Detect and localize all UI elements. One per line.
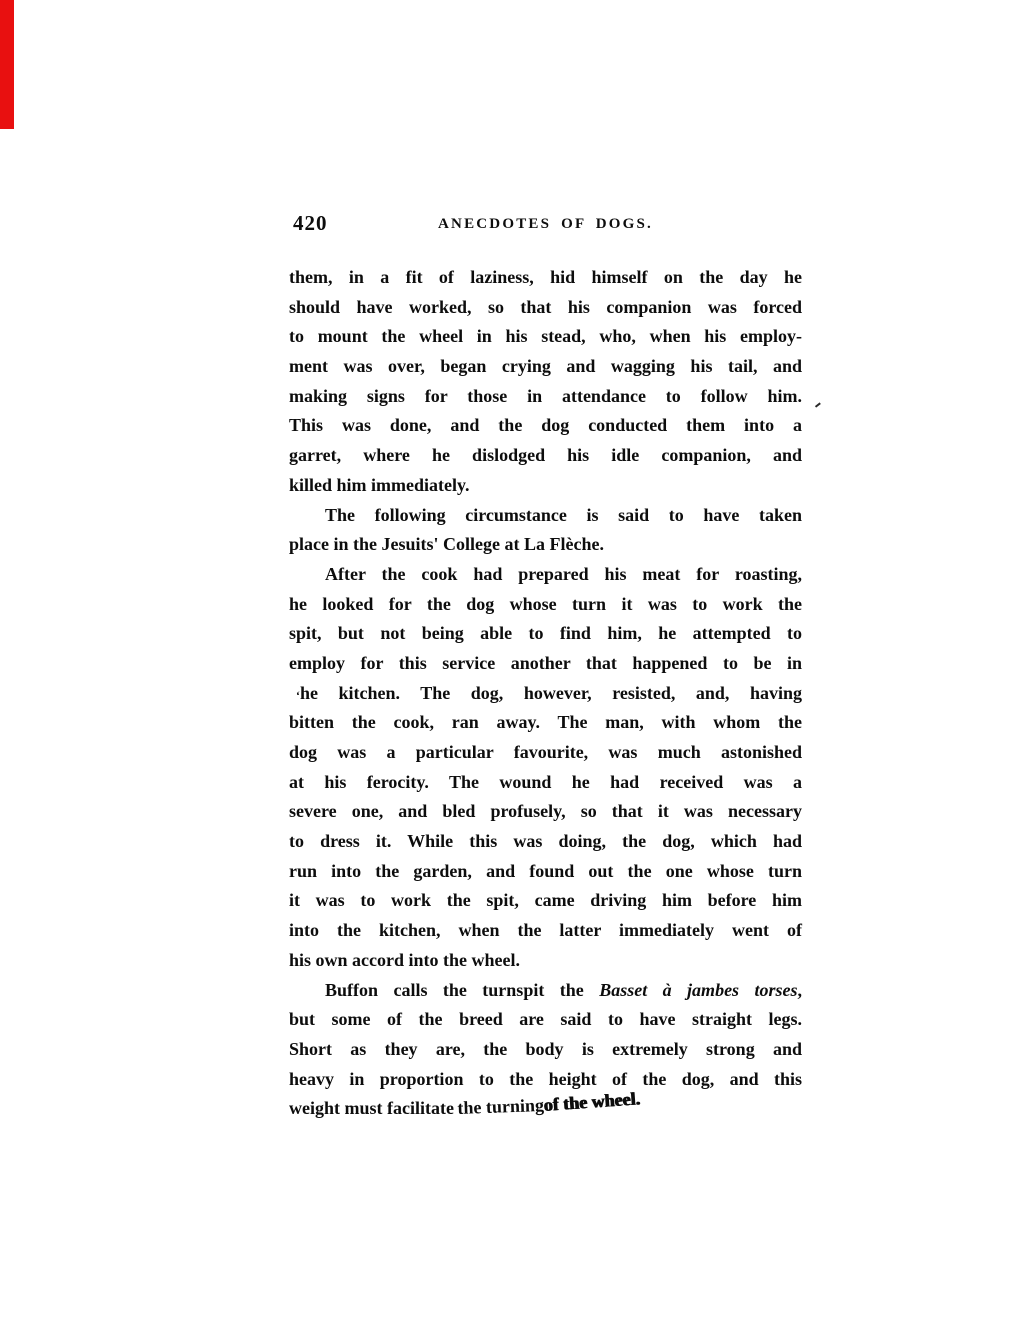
text-segment: Short as they are, the body is extremely… <box>289 1039 802 1059</box>
text-segment: to dress it. While this was doing, the d… <box>289 831 802 851</box>
text-segment: of the wheel. <box>543 1085 641 1121</box>
text-segment: at his ferocity. The wound he had receiv… <box>289 772 802 792</box>
text-line: severe one, and bled profusely, so that … <box>289 797 802 827</box>
text-line: to mount the wheel in his stead, who, wh… <box>289 322 802 352</box>
text-line: should have worked, so that his companio… <box>289 293 802 323</box>
text-line: making signs for those in attendance to … <box>289 382 802 412</box>
text-line: Short as they are, the body is extremely… <box>289 1035 802 1065</box>
text-segment: , <box>798 980 803 1000</box>
text-line: killed him immediately. <box>289 471 802 501</box>
text-segment: the turning <box>457 1091 544 1124</box>
text-line: but some of the breed are said to have s… <box>289 1005 802 1035</box>
text-segment: The following circumstance is said to ha… <box>325 505 802 525</box>
text-line: his own accord into the wheel. <box>289 946 802 976</box>
text-line: After the cook had prepared his meat for… <box>289 560 802 590</box>
text-segment: garret, where he dislodged his idle comp… <box>289 445 802 465</box>
text-segment: spit, but not being able to find him, he… <box>289 623 802 643</box>
text-line: he looked for the dog whose turn it was … <box>289 590 802 620</box>
text-segment: place in the Jesuits' College at La Flèc… <box>289 534 604 554</box>
text-segment: them, in a fit of laziness, hid himself … <box>289 267 802 287</box>
text-line: garret, where he dislodged his idle comp… <box>289 441 802 471</box>
text-line: bitten the cook, ran away. The man, with… <box>289 708 802 738</box>
text-line: ʻhe kitchen. The dog, however, resisted,… <box>289 679 802 709</box>
text-segment: killed him immediately. <box>289 475 470 495</box>
text-segment: severe one, and bled profusely, so that … <box>289 801 802 821</box>
text-line: The following circumstance is said to ha… <box>289 501 802 531</box>
text-line: spit, but not being able to find him, he… <box>289 619 802 649</box>
text-segment: Buffon calls the turnspit the <box>325 980 599 1000</box>
text-line: weight must facilitate the turning of th… <box>289 1094 802 1124</box>
text-line: it was to work the spit, came driving hi… <box>289 886 802 916</box>
text-line: at his ferocity. The wound he had receiv… <box>289 768 802 798</box>
text-segment: it was to work the spit, came driving hi… <box>289 890 802 910</box>
text-segment: making signs for those in attendance to … <box>289 386 802 406</box>
stray-ink-mark <box>815 402 821 408</box>
text-segment: into the kitchen, when the latter immedi… <box>289 920 802 940</box>
text-segment: bitten the cook, ran away. The man, with… <box>289 712 802 732</box>
text-segment: his own accord into the wheel. <box>289 950 520 970</box>
scanned-book-page: 420 ANECDOTES OF DOGS. them, in a fit of… <box>0 0 1033 1339</box>
text-line: to dress it. While this was doing, the d… <box>289 827 802 857</box>
italic-phrase: Basset à jambes torses <box>599 980 797 1000</box>
text-segment: run into the garden, and found out the o… <box>289 861 802 881</box>
text-line: employ for this service another that hap… <box>289 649 802 679</box>
text-segment: employ for this service another that hap… <box>289 653 802 673</box>
text-segment: dog was a particular favourite, was much… <box>289 742 802 762</box>
red-scan-artifact-bar <box>0 0 14 129</box>
text-segment: heavy in proportion to the height of the… <box>289 1069 802 1089</box>
text-line: place in the Jesuits' College at La Flèc… <box>289 530 802 560</box>
text-line: heavy in proportion to the height of the… <box>289 1065 802 1095</box>
text-segment: but some of the breed are said to have s… <box>289 1009 802 1029</box>
text-line: dog was a particular favourite, was much… <box>289 738 802 768</box>
text-segment: to mount the wheel in his stead, who, wh… <box>289 326 802 346</box>
text-line: ment was over, began crying and wagging … <box>289 352 802 382</box>
text-line: into the kitchen, when the latter immedi… <box>289 916 802 946</box>
text-segment: ment was over, began crying and wagging … <box>289 356 802 376</box>
text-line: Buffon calls the turnspit the Basset à j… <box>289 976 802 1006</box>
text-segment: This was done, and the dog conducted the… <box>289 415 802 435</box>
text-segment: weight must facilitate <box>289 1098 458 1118</box>
text-block: them, in a fit of laziness, hid himself … <box>289 263 802 1124</box>
text-segment: After the cook had prepared his meat for… <box>325 564 802 584</box>
text-segment: should have worked, so that his companio… <box>289 297 802 317</box>
text-segment: he kitchen. The dog, however, resisted, … <box>300 683 802 703</box>
text-segment: he looked for the dog whose turn it was … <box>289 594 802 614</box>
text-line: them, in a fit of laziness, hid himself … <box>289 263 802 293</box>
text-line: run into the garden, and found out the o… <box>289 857 802 887</box>
running-header: ANECDOTES OF DOGS. <box>289 216 802 233</box>
text-line: This was done, and the dog conducted the… <box>289 411 802 441</box>
